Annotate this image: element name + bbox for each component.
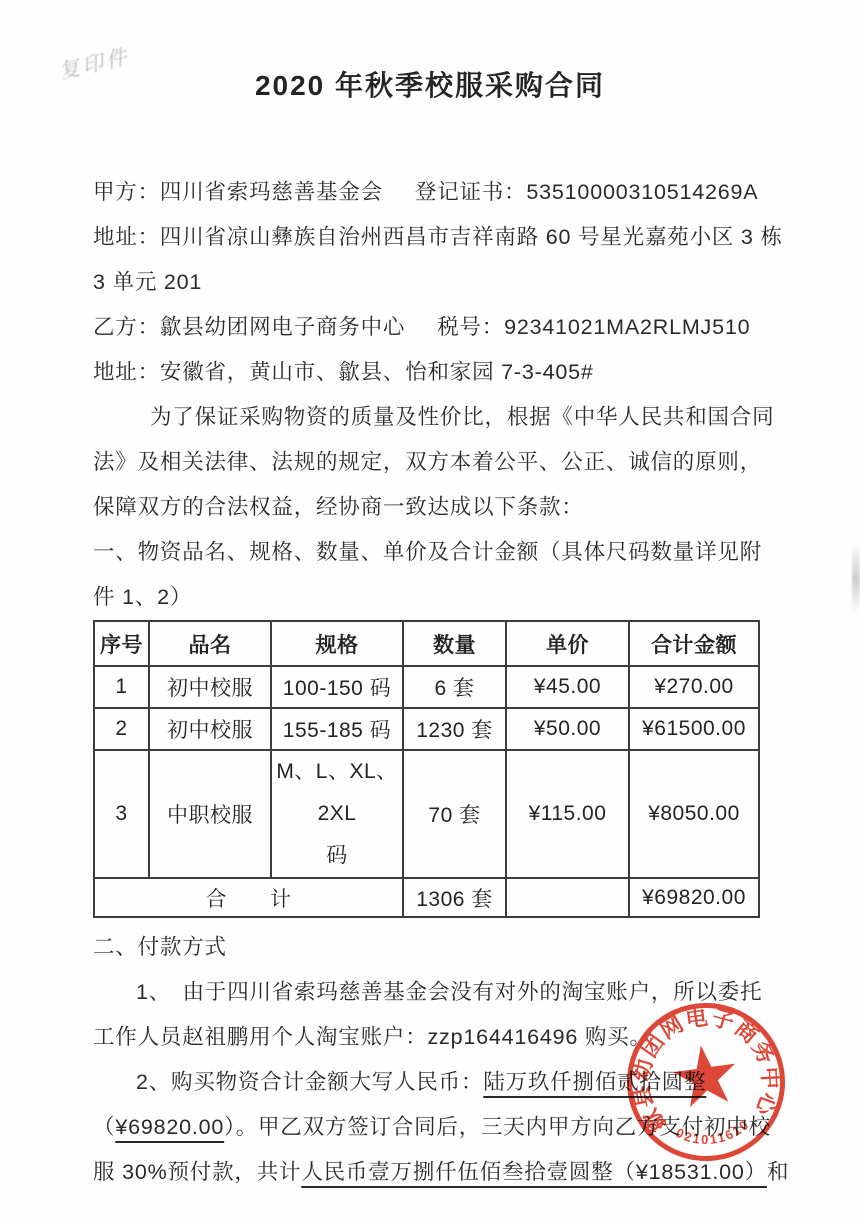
cell-name: 初中校服	[149, 708, 271, 750]
header-no: 序号	[94, 621, 149, 666]
payment-item2-line3: 服 30%预付款，共计人民币壹万捌仟伍佰叁拾壹圆整（¥18531.00）和	[93, 1150, 768, 1195]
table-row: 1 初中校服 100-150 码 6 套 ¥45.00 ¥270.00	[94, 666, 759, 708]
cell-no: 1	[94, 666, 149, 708]
contract-body: 甲方：四川省索玛慈善基金会登记证书：53510000310514269A 地址：…	[93, 170, 768, 1195]
payment-item1-line2: 工作人员赵祖鹏用个人淘宝账户：zzp164416496 购买。	[93, 1015, 768, 1060]
section1-heading-line1: 一、物资品名、规格、数量、单价及合计金额（具体尺码数量详见附	[93, 530, 768, 575]
party-b-address-line: 地址：安徽省，黄山市、歙县、怡和家园 7-3-405#	[93, 350, 768, 395]
contract-page: 复印件 2020 年秋季校服采购合同 甲方：四川省索玛慈善基金会登记证书：535…	[0, 0, 860, 1223]
party-a-name: 甲方：四川省索玛慈善基金会	[93, 180, 383, 204]
preamble-line1: 为了保证采购物资的质量及性价比，根据《中华人民共和国合同	[93, 395, 768, 440]
section2-heading: 二、付款方式	[93, 925, 768, 970]
prepay-text: 服 30%预付款，共计	[93, 1160, 301, 1184]
header-amount: 合计金额	[629, 621, 759, 666]
and-text: 和	[767, 1160, 789, 1184]
preamble-line2: 法》及相关法律、法规的规定，双方本着公平、公正、诚信的原则，	[93, 440, 768, 485]
header-name: 品名	[149, 621, 271, 666]
cell-spec: M、L、XL、2XL 码	[271, 750, 403, 878]
party-b-tax: 税号：92341021MA2RLMJ510	[437, 315, 750, 339]
payment-section: 二、付款方式 1、 由于四川省索玛慈善基金会没有对外的淘宝账户，所以委托 工作人…	[93, 925, 768, 1195]
table-row: 2 初中校服 155-185 码 1230 套 ¥50.00 ¥61500.00	[94, 708, 759, 750]
total-label: 合 计	[94, 878, 403, 917]
total-price	[506, 878, 629, 917]
cell-amount: ¥270.00	[629, 666, 759, 708]
payment-item1-line1: 1、 由于四川省索玛慈善基金会没有对外的淘宝账户，所以委托	[93, 970, 768, 1015]
party-b-line: 乙方：歙县幼团网电子商务中心税号：92341021MA2RLMJ510	[93, 305, 768, 350]
payment-terms-text: ）。甲乙双方签订合同后，三天内甲方向乙方支付初中校	[224, 1115, 771, 1139]
table-header-row: 序号 品名 规格 数量 单价 合计金额	[94, 621, 759, 666]
cell-amount: ¥8050.00	[629, 750, 759, 878]
party-a-line: 甲方：四川省索玛慈善基金会登记证书：53510000310514269A	[93, 170, 768, 215]
amount-words-underlined: 陆万玖仟捌佰贰拾圆整	[483, 1070, 706, 1094]
header-price: 单价	[506, 621, 629, 666]
cell-price: ¥45.00	[506, 666, 629, 708]
contract-title: 2020 年秋季校服采购合同	[0, 64, 860, 104]
cell-qty: 1230 套	[403, 708, 506, 750]
payment-item2-line2: （¥69820.00）。甲乙双方签订合同后，三天内甲方向乙方支付初中校	[93, 1105, 768, 1150]
header-qty: 数量	[403, 621, 506, 666]
cell-qty: 70 套	[403, 750, 506, 878]
cell-no: 3	[94, 750, 149, 878]
goods-table: 序号 品名 规格 数量 单价 合计金额 1 初中校服 100-150 码 6 套…	[93, 620, 760, 918]
amount-figure-underlined: ¥69820.00	[115, 1115, 224, 1139]
table-row: 3 中职校服 M、L、XL、2XL 码 70 套 ¥115.00 ¥8050.0…	[94, 750, 759, 878]
spec-line2: 码	[272, 835, 402, 877]
section1-heading-line2: 件 1、2）	[93, 575, 768, 620]
cell-name: 初中校服	[149, 666, 271, 708]
party-a-address-line2: 3 单元 201	[93, 260, 768, 305]
preamble-line3: 保障双方的合法权益，经协商一致达成以下条款：	[93, 485, 768, 530]
amount-words-label: 2、购买物资合计金额大写人民币：	[136, 1070, 483, 1094]
payment-item2-line1: 2、购买物资合计金额大写人民币：陆万玖仟捌佰贰拾圆整	[93, 1060, 768, 1105]
table-total-row: 合 计 1306 套 ¥69820.00	[94, 878, 759, 917]
party-a-cert: 登记证书：53510000310514269A	[415, 180, 759, 204]
spec-line1: M、L、XL、2XL	[272, 751, 402, 835]
cell-name: 中职校服	[149, 750, 271, 878]
cell-price: ¥115.00	[506, 750, 629, 878]
cell-spec: 100-150 码	[271, 666, 403, 708]
paren-open: （	[93, 1115, 115, 1139]
cell-spec: 155-185 码	[271, 708, 403, 750]
total-amount: ¥69820.00	[629, 878, 759, 917]
total-qty: 1306 套	[403, 878, 506, 917]
party-b-name: 乙方：歙县幼团网电子商务中心	[93, 315, 405, 339]
header-spec: 规格	[271, 621, 403, 666]
cell-amount: ¥61500.00	[629, 708, 759, 750]
prepay-amount-underlined: 人民币壹万捌仟伍佰叁拾壹圆整（¥18531.00）	[301, 1160, 767, 1184]
cell-qty: 6 套	[403, 666, 506, 708]
cell-no: 2	[94, 708, 149, 750]
party-a-address-line1: 地址：四川省凉山彝族自治州西昌市吉祥南路 60 号星光嘉苑小区 3 栋	[93, 215, 768, 260]
cell-price: ¥50.00	[506, 708, 629, 750]
scan-smudge	[852, 542, 860, 614]
